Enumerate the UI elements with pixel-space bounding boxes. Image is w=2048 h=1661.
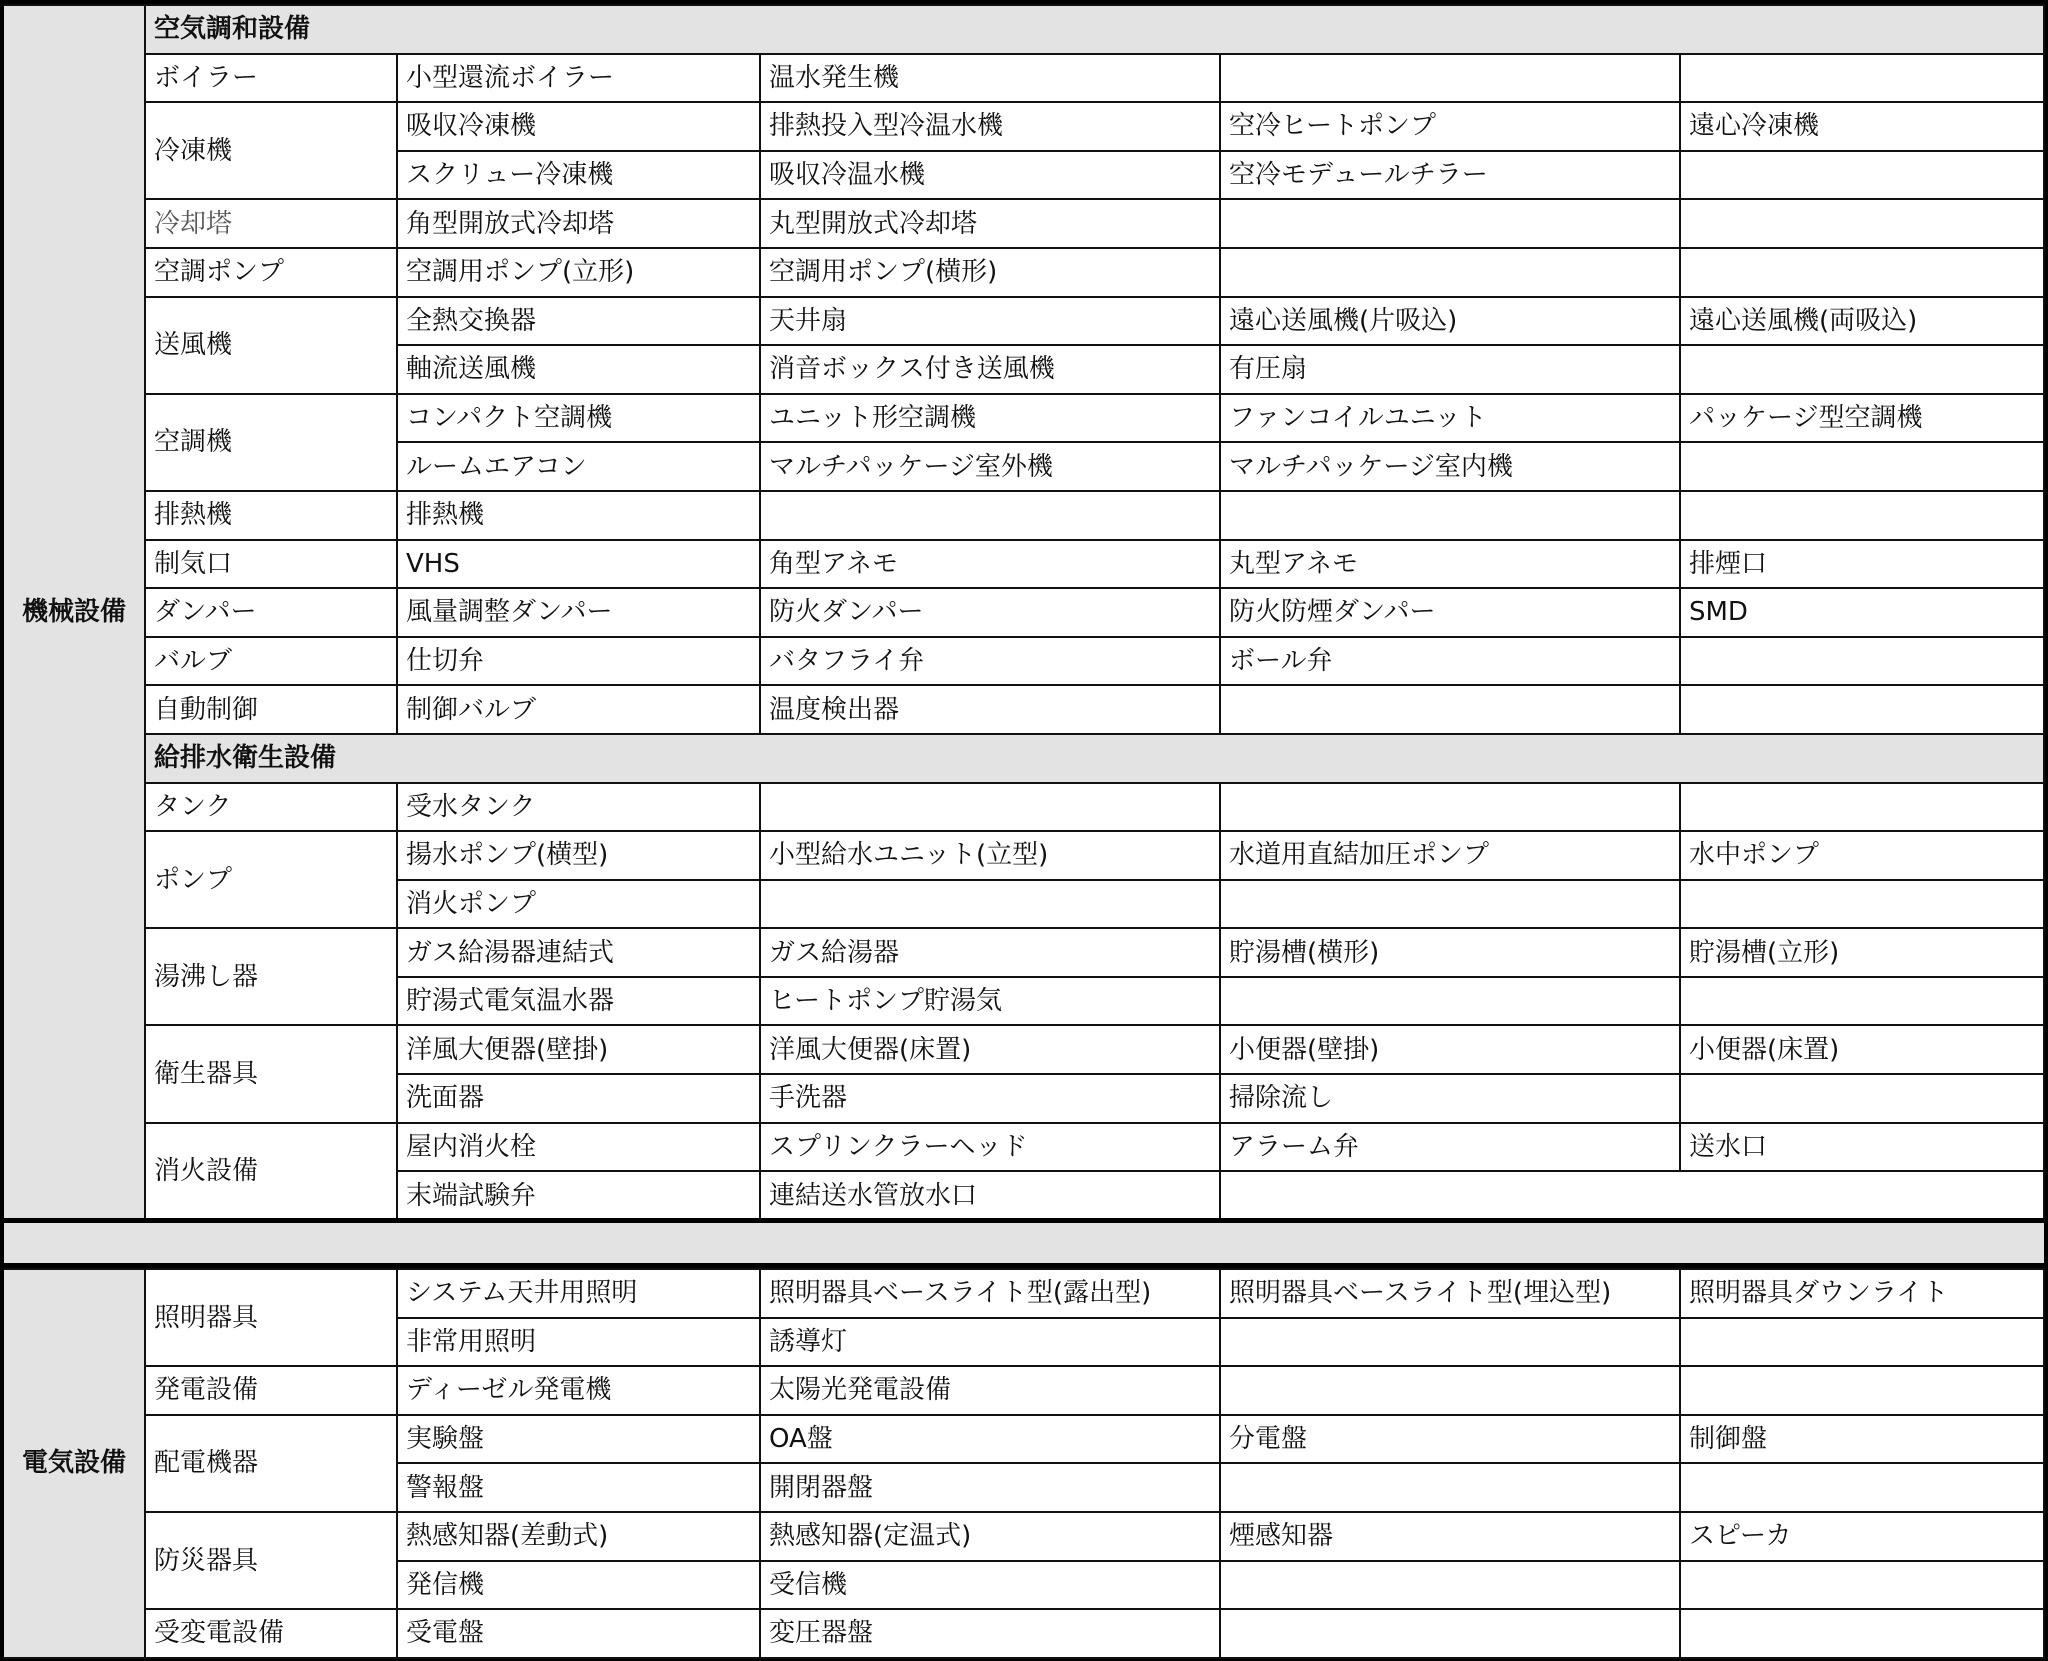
section-separator [4, 1218, 2044, 1268]
item-cell: システム天井用照明 [397, 1269, 760, 1318]
item-cell: 貯湯槽(立形) [1680, 928, 2044, 977]
item-cell: 丸型アネモ [1220, 540, 1680, 589]
item-cell: OA盤 [760, 1415, 1220, 1464]
item-cell: 小型還流ボイラー [397, 54, 760, 103]
table-row: 自動制御制御バルブ温度検出器 [4, 685, 2044, 734]
item-cell: 変圧器盤 [760, 1609, 1220, 1658]
empty-cell [1220, 1561, 1680, 1610]
item-cell: 軸流送風機 [397, 345, 760, 394]
category-cell: 自動制御 [145, 685, 397, 734]
item-cell: 角型アネモ [760, 540, 1220, 589]
empty-cell [1220, 248, 1680, 297]
item-cell: 警報盤 [397, 1463, 760, 1512]
empty-cell [1680, 880, 2044, 929]
item-cell: 小型給水ユニット(立型) [760, 831, 1220, 880]
item-cell: 掃除流し [1220, 1074, 1680, 1123]
table-row: 配電機器実験盤OA盤分電盤制御盤 [4, 1415, 2044, 1464]
section-label-mechanical: 機械設備 [4, 5, 145, 1220]
empty-cell [760, 880, 1220, 929]
item-cell: 受信機 [760, 1561, 1220, 1610]
table-row: 湯沸し器ガス給湯器連結式ガス給湯器貯湯槽(横形)貯湯槽(立形) [4, 928, 2044, 977]
table-row: ダンパー風量調整ダンパー防火ダンパー防火防煙ダンパーSMD [4, 588, 2044, 637]
item-cell: アラーム弁 [1220, 1123, 1680, 1172]
section-label-electrical: 電気設備 [4, 1269, 145, 1658]
item-cell: ファンコイルユニット [1220, 394, 1680, 443]
item-cell: 制御盤 [1680, 1415, 2044, 1464]
item-cell: ガス給湯器 [760, 928, 1220, 977]
category-cell: 送風機 [145, 297, 397, 394]
category-cell: 衛生器具 [145, 1025, 397, 1122]
category-cell: 冷凍機 [145, 102, 397, 199]
item-cell: 実験盤 [397, 1415, 760, 1464]
item-cell: 受電盤 [397, 1609, 760, 1658]
category-cell: 受変電設備 [145, 1609, 397, 1658]
empty-cell [1680, 1463, 2044, 1512]
category-cell: 制気口 [145, 540, 397, 589]
item-cell: VHS [397, 540, 760, 589]
item-cell: 非常用照明 [397, 1318, 760, 1367]
category-cell: 照明器具 [145, 1269, 397, 1366]
empty-cell [1680, 442, 2044, 491]
empty-cell [1680, 248, 2044, 297]
empty-cell [1680, 491, 2044, 540]
item-cell: 仕切弁 [397, 637, 760, 686]
empty-cell [760, 491, 1220, 540]
item-cell: 貯湯式電気温水器 [397, 977, 760, 1026]
table-row: 制気口VHS角型アネモ丸型アネモ排煙口 [4, 540, 2044, 589]
item-cell: 丸型開放式冷却塔 [760, 199, 1220, 248]
empty-cell [1680, 783, 2044, 832]
item-cell: バタフライ弁 [760, 637, 1220, 686]
item-cell: ヒートポンプ貯湯気 [760, 977, 1220, 1026]
category-cell: 排熱機 [145, 491, 397, 540]
group-header-row: 機械設備空気調和設備 [4, 5, 2044, 54]
group-header: 給排水衛生設備 [145, 734, 2044, 783]
item-cell: 排煙口 [1680, 540, 2044, 589]
item-cell: 水道用直結加圧ポンプ [1220, 831, 1680, 880]
item-cell: ユニット形空調機 [760, 394, 1220, 443]
item-cell: 排熱投入型冷温水機 [760, 102, 1220, 151]
item-cell: 開閉器盤 [760, 1463, 1220, 1512]
item-cell: 角型開放式冷却塔 [397, 199, 760, 248]
item-cell: 空冷モデュールチラー [1220, 151, 1680, 200]
empty-cell [1220, 1463, 1680, 1512]
item-cell: 連結送水管放水口 [760, 1171, 1220, 1220]
item-cell: マルチパッケージ室内機 [1220, 442, 1680, 491]
item-cell: 屋内消火栓 [397, 1123, 760, 1172]
table-row: 防災器具熱感知器(差動式)熱感知器(定温式)煙感知器スピーカ [4, 1512, 2044, 1561]
empty-cell [1220, 880, 1680, 929]
empty-cell [1220, 1171, 2044, 1220]
item-cell: 受水タンク [397, 783, 760, 832]
table-row: 冷凍機吸収冷凍機排熱投入型冷温水機空冷ヒートポンプ遠心冷凍機 [4, 102, 2044, 151]
empty-cell [1680, 1074, 2044, 1123]
table-row: ポンプ揚水ポンプ(横型)小型給水ユニット(立型)水道用直結加圧ポンプ水中ポンプ [4, 831, 2044, 880]
table-row: 発電設備ディーゼル発電機太陽光発電設備 [4, 1366, 2044, 1415]
empty-cell [1680, 54, 2044, 103]
item-cell: スプリンクラーヘッド [760, 1123, 1220, 1172]
category-cell: 消火設備 [145, 1123, 397, 1220]
item-cell: 排熱機 [397, 491, 760, 540]
empty-cell [1680, 977, 2044, 1026]
empty-cell [760, 783, 1220, 832]
item-cell: 消音ボックス付き送風機 [760, 345, 1220, 394]
category-cell: ボイラー [145, 54, 397, 103]
item-cell: コンパクト空調機 [397, 394, 760, 443]
category-cell: 空調ポンプ [145, 248, 397, 297]
item-cell: 防火ダンパー [760, 588, 1220, 637]
item-cell: 風量調整ダンパー [397, 588, 760, 637]
empty-cell [1220, 491, 1680, 540]
item-cell: 吸収冷凍機 [397, 102, 760, 151]
item-cell: SMD [1680, 588, 2044, 637]
category-cell: ダンパー [145, 588, 397, 637]
item-cell: 水中ポンプ [1680, 831, 2044, 880]
empty-cell [1220, 685, 1680, 734]
group-header-row: 給排水衛生設備 [4, 734, 2044, 783]
empty-cell [1680, 1318, 2044, 1367]
category-cell: バルブ [145, 637, 397, 686]
item-cell: パッケージ型空調機 [1680, 394, 2044, 443]
item-cell: 天井扇 [760, 297, 1220, 346]
table-row: バルブ仕切弁バタフライ弁ボール弁 [4, 637, 2044, 686]
category-cell: 防災器具 [145, 1512, 397, 1609]
category-cell: 冷却塔 [145, 199, 397, 248]
item-cell: 全熱交換器 [397, 297, 760, 346]
mechanical-equipment-table: 機械設備空気調和設備ボイラー小型還流ボイラー温水発生機冷凍機吸収冷凍機排熱投入型… [4, 4, 2045, 1221]
item-cell: 手洗器 [760, 1074, 1220, 1123]
table-row: 排熱機排熱機 [4, 491, 2044, 540]
item-cell: 洗面器 [397, 1074, 760, 1123]
table-row: 冷却塔角型開放式冷却塔丸型開放式冷却塔 [4, 199, 2044, 248]
item-cell: 温度検出器 [760, 685, 1220, 734]
item-cell: 誘導灯 [760, 1318, 1220, 1367]
table-row: 送風機全熱交換器天井扇遠心送風機(片吸込)遠心送風機(両吸込) [4, 297, 2044, 346]
item-cell: 熱感知器(差動式) [397, 1512, 760, 1561]
item-cell: ガス給湯器連結式 [397, 928, 760, 977]
item-cell: 空冷ヒートポンプ [1220, 102, 1680, 151]
item-cell: 煙感知器 [1220, 1512, 1680, 1561]
category-cell: 配電機器 [145, 1415, 397, 1512]
item-cell: 照明器具ダウンライト [1680, 1269, 2044, 1318]
item-cell: 照明器具ベースライト型(埋込型) [1220, 1269, 1680, 1318]
empty-cell [1680, 637, 2044, 686]
group-header: 空気調和設備 [145, 5, 2044, 54]
empty-cell [1680, 345, 2044, 394]
empty-cell [1680, 1366, 2044, 1415]
item-cell: 小便器(床置) [1680, 1025, 2044, 1074]
empty-cell [1220, 199, 1680, 248]
item-cell: 洋風大便器(床置) [760, 1025, 1220, 1074]
table-row: 消火設備屋内消火栓スプリンクラーヘッドアラーム弁送水口 [4, 1123, 2044, 1172]
item-cell: 分電盤 [1220, 1415, 1680, 1464]
item-cell: 制御バルブ [397, 685, 760, 734]
item-cell: 吸収冷温水機 [760, 151, 1220, 200]
table-row: 衛生器具洋風大便器(壁掛)洋風大便器(床置)小便器(壁掛)小便器(床置) [4, 1025, 2044, 1074]
empty-cell [1220, 1318, 1680, 1367]
item-cell: 貯湯槽(横形) [1220, 928, 1680, 977]
table-row: ボイラー小型還流ボイラー温水発生機 [4, 54, 2044, 103]
empty-cell [1220, 1609, 1680, 1658]
item-cell: 送水口 [1680, 1123, 2044, 1172]
item-cell: ルームエアコン [397, 442, 760, 491]
item-cell: 発信機 [397, 1561, 760, 1610]
table-row: タンク受水タンク [4, 783, 2044, 832]
empty-cell [1680, 151, 2044, 200]
item-cell: 洋風大便器(壁掛) [397, 1025, 760, 1074]
empty-cell [1680, 1609, 2044, 1658]
item-cell: マルチパッケージ室外機 [760, 442, 1220, 491]
item-cell: 防火防煙ダンパー [1220, 588, 1680, 637]
item-cell: 揚水ポンプ(横型) [397, 831, 760, 880]
category-cell: タンク [145, 783, 397, 832]
item-cell: 遠心送風機(片吸込) [1220, 297, 1680, 346]
item-cell: 小便器(壁掛) [1220, 1025, 1680, 1074]
item-cell: 空調用ポンプ(立形) [397, 248, 760, 297]
item-cell: 遠心送風機(両吸込) [1680, 297, 2044, 346]
category-cell: ポンプ [145, 831, 397, 928]
item-cell: ボール弁 [1220, 637, 1680, 686]
item-cell: スクリュー冷凍機 [397, 151, 760, 200]
electrical-equipment-table: 電気設備照明器具システム天井用照明照明器具ベースライト型(露出型)照明器具ベース… [4, 1268, 2045, 1659]
item-cell: 照明器具ベースライト型(露出型) [760, 1269, 1220, 1318]
empty-cell [1680, 199, 2044, 248]
table-row: 空調ポンプ空調用ポンプ(立形)空調用ポンプ(横形) [4, 248, 2044, 297]
table-row: 電気設備照明器具システム天井用照明照明器具ベースライト型(露出型)照明器具ベース… [4, 1269, 2044, 1318]
item-cell: 太陽光発電設備 [760, 1366, 1220, 1415]
empty-cell [1220, 54, 1680, 103]
item-cell: 遠心冷凍機 [1680, 102, 2044, 151]
item-cell: 温水発生機 [760, 54, 1220, 103]
table-row: 受変電設備受電盤変圧器盤 [4, 1609, 2044, 1658]
category-cell: 発電設備 [145, 1366, 397, 1415]
item-cell: 有圧扇 [1220, 345, 1680, 394]
item-cell: スピーカ [1680, 1512, 2044, 1561]
item-cell: 消火ポンプ [397, 880, 760, 929]
category-cell: 空調機 [145, 394, 397, 491]
table-row: 空調機コンパクト空調機ユニット形空調機ファンコイルユニットパッケージ型空調機 [4, 394, 2044, 443]
empty-cell [1220, 783, 1680, 832]
category-cell: 湯沸し器 [145, 928, 397, 1025]
empty-cell [1680, 685, 2044, 734]
item-cell: 熱感知器(定温式) [760, 1512, 1220, 1561]
item-cell: 空調用ポンプ(横形) [760, 248, 1220, 297]
empty-cell [1220, 977, 1680, 1026]
item-cell: ディーゼル発電機 [397, 1366, 760, 1415]
empty-cell [1680, 1561, 2044, 1610]
empty-cell [1220, 1366, 1680, 1415]
item-cell: 末端試験弁 [397, 1171, 760, 1220]
